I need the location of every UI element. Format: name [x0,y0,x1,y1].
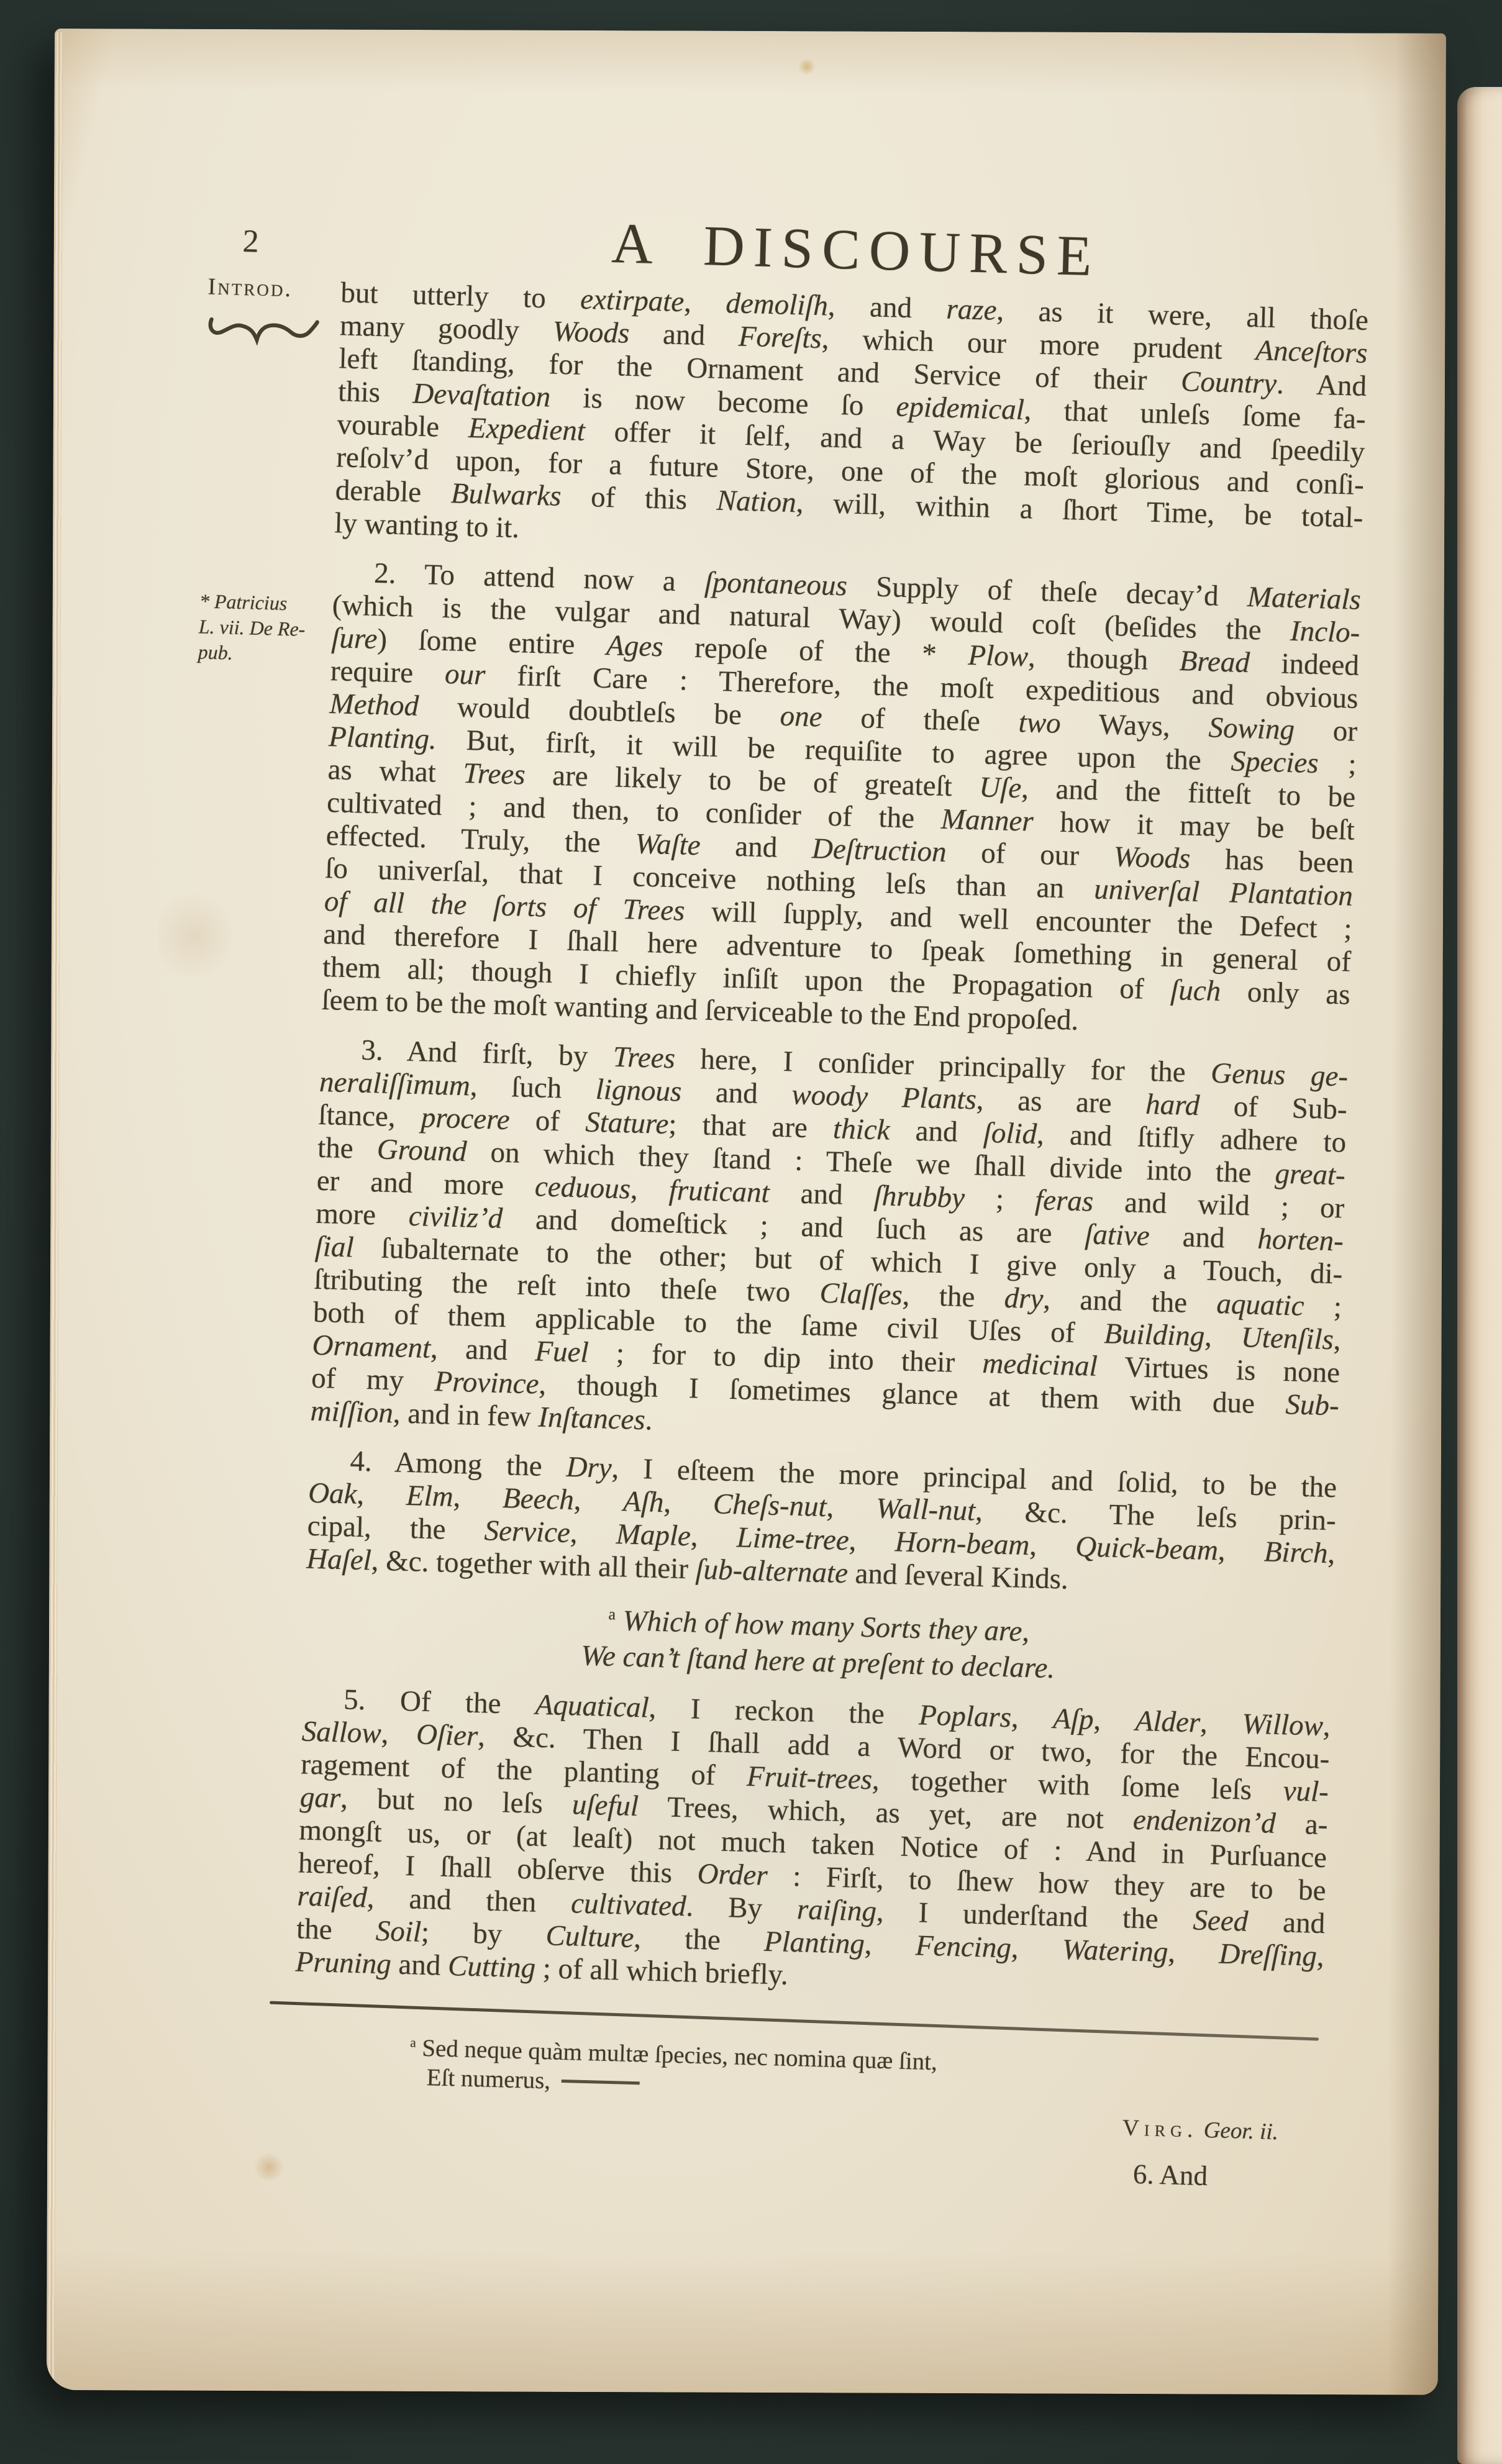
page-number: 2 [242,223,260,260]
margin-note-line: pub. [198,639,324,668]
margin-note-line: * Patricius [199,588,325,617]
margin-note-line: L. vii. De Re- [198,614,324,642]
paragraph: 2. To attend now a ſpontaneous Supply of… [321,556,1361,1044]
paragraph: but utterly to extirpate, demoliſh, and … [334,276,1369,568]
book-page: 2 A DISCOURSE Introd. * PatriciusL. vii.… [47,29,1446,2395]
body-text: but utterly to extirpate, demoliſh, and … [295,276,1369,2006]
catchword: 6. And [290,2135,1208,2193]
paragraph: 4. Among the Dry, I eſteem the more prin… [306,1444,1337,1604]
text-column: Introd. * PatriciusL. vii. De Re-pub. bu… [290,276,1369,2196]
margin-note-citation: * PatriciusL. vii. De Re-pub. [198,588,325,668]
facing-page-edge [1457,87,1502,2464]
text-block: 2 A DISCOURSE Introd. * PatriciusL. vii.… [47,29,1446,2206]
footnote: a Sed neque quàm multæ ſpecies, nec nomi… [291,2030,1321,2148]
scan-background: 2 A DISCOURSE Introd. * PatriciusL. vii.… [0,0,1502,2464]
squiggle-ornament [206,310,321,350]
gutter-shadow [1378,33,1446,2394]
margin-note-introd: Introd. [206,271,334,350]
margin-note-label: Introd. [207,274,293,302]
paragraph: 5. Of the Aquatical, I reckon the Poplar… [295,1682,1331,2006]
verse-block: a Which of how many Sorts they are,We ca… [304,1594,1334,1694]
paragraph: 3. And firſt, by Trees here, I conſider … [310,1033,1349,1456]
